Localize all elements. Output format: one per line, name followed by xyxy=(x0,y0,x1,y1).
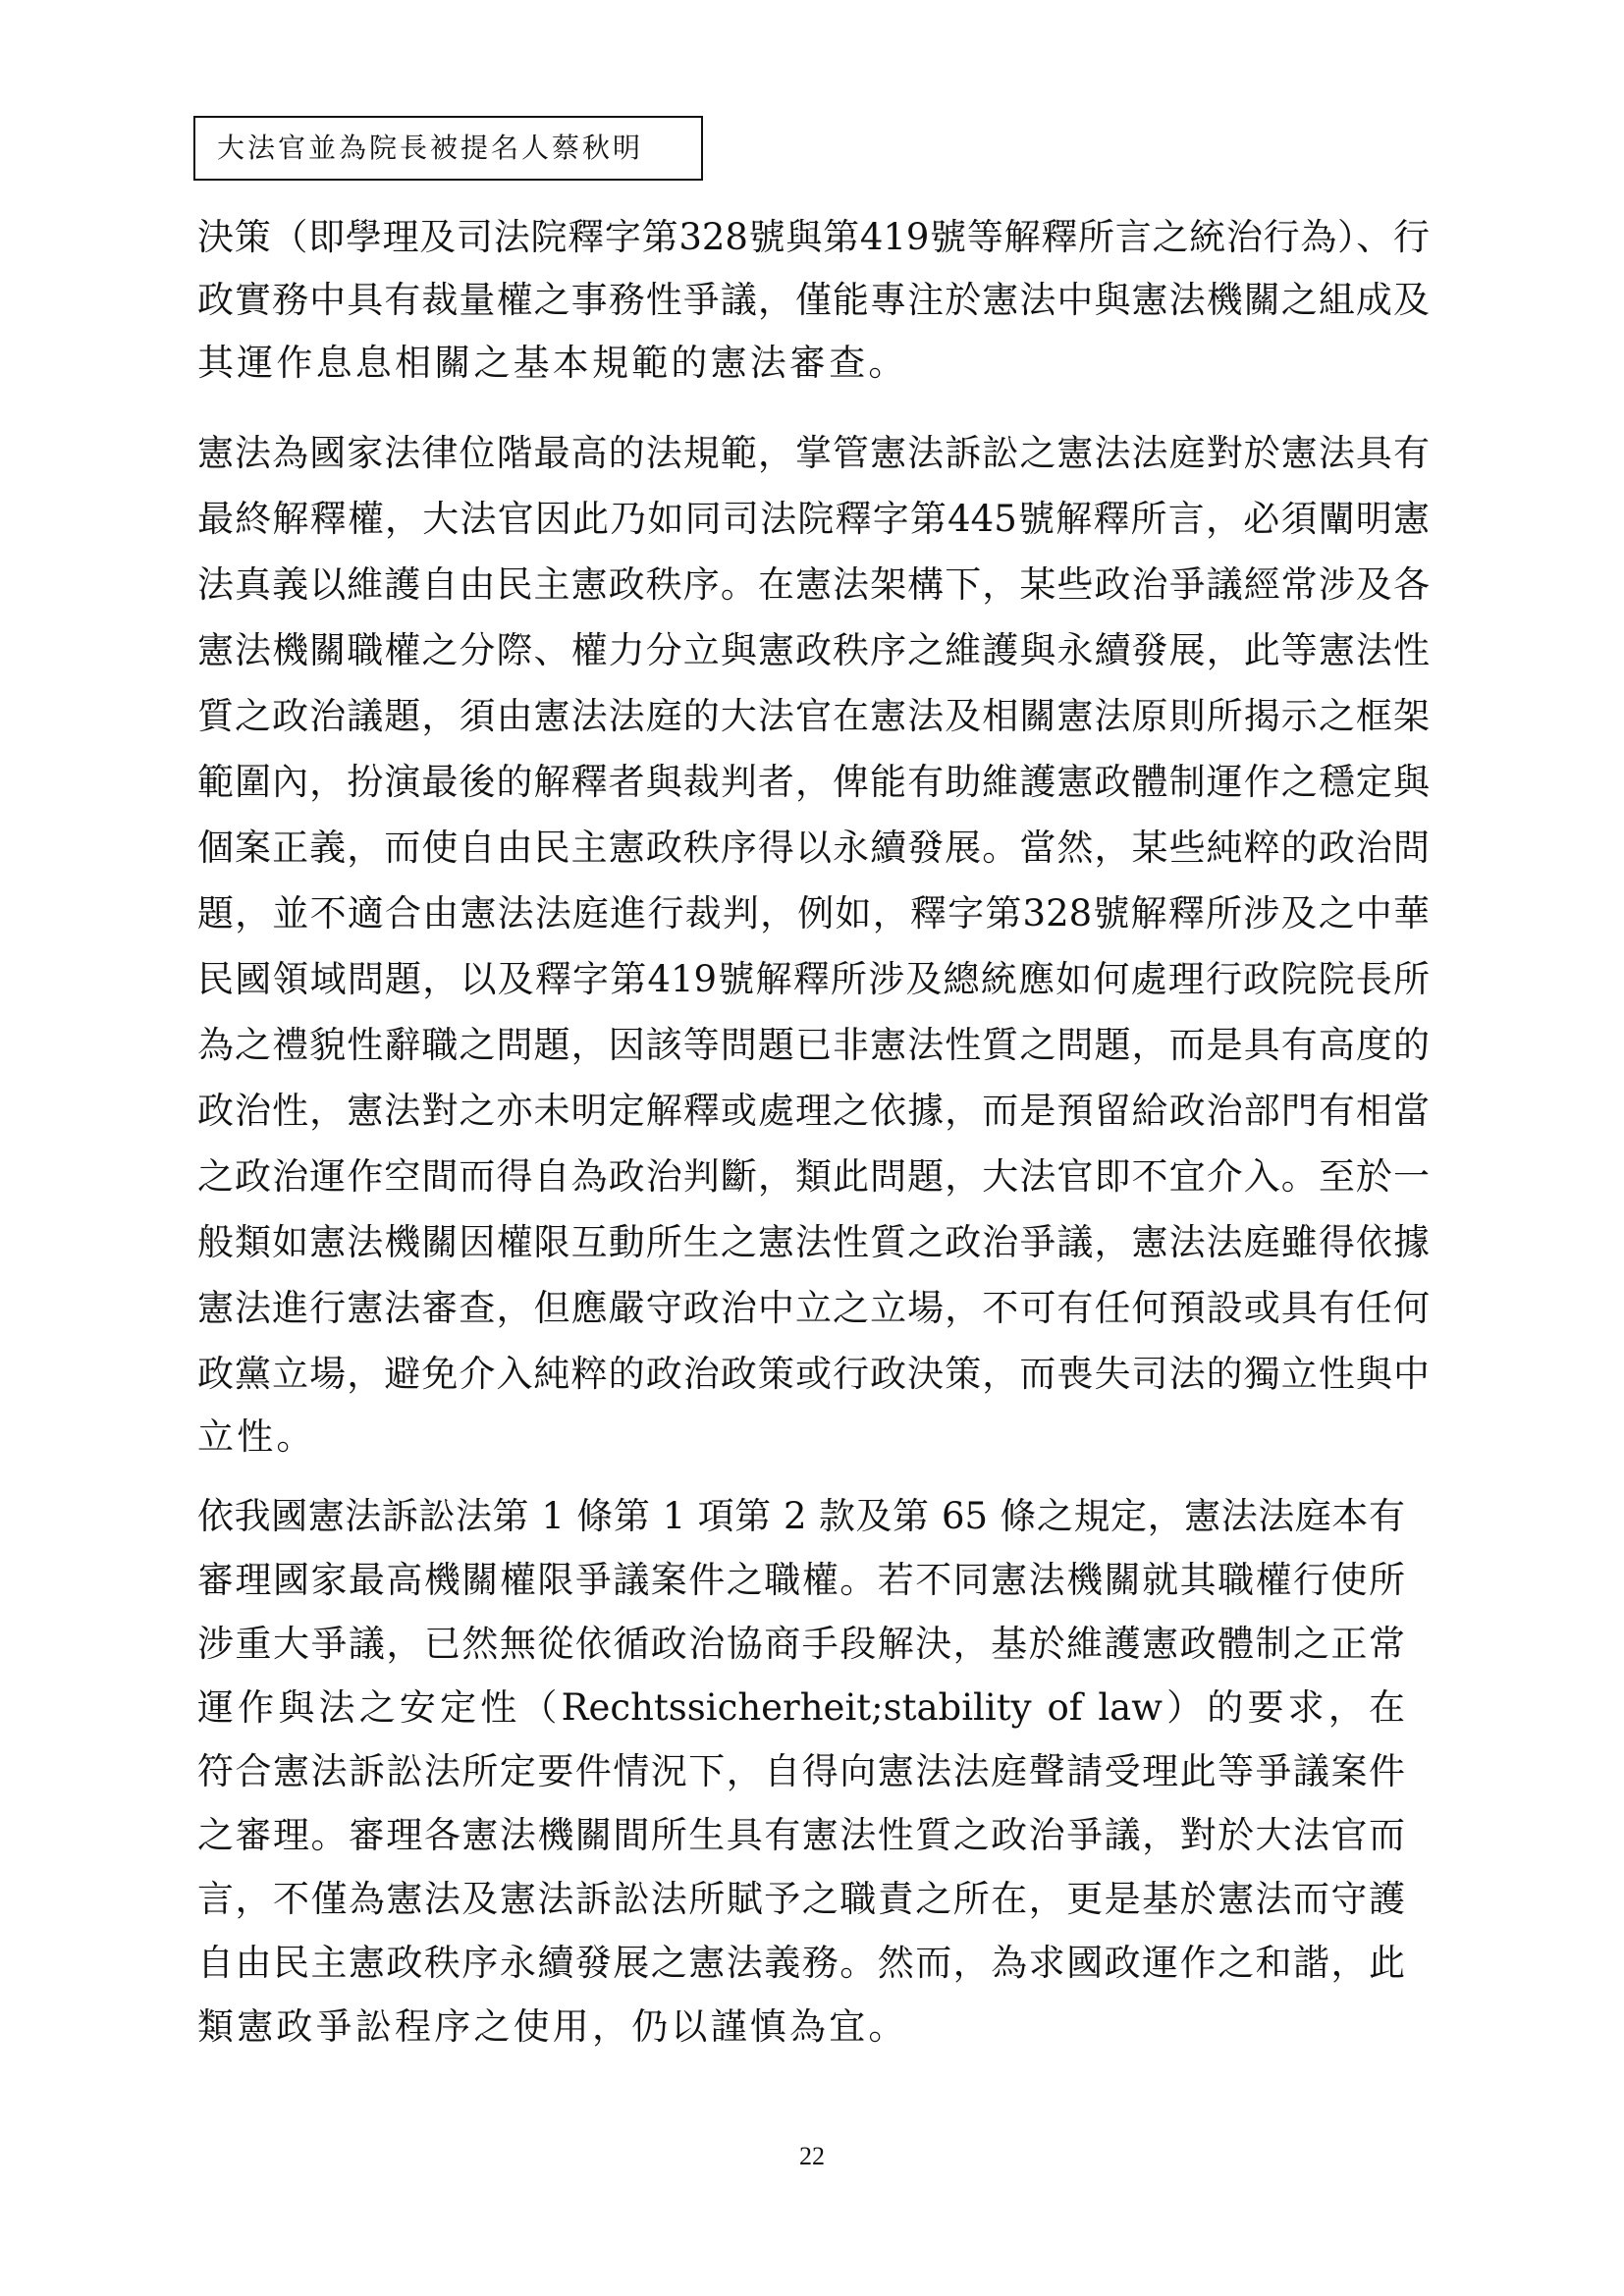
text-line: 民國領域問題，以及釋字第419號解釋所涉及總統應如何處理行政院院長所 xyxy=(197,960,1430,999)
text-line: 質之政治議題，須由憲法法庭的大法官在憲法及相關憲法原則所揭示之框架 xyxy=(197,697,1430,736)
text-line: 憲法為國家法律位階最高的法規範，掌管憲法訴訟之憲法法庭對於憲法具有 xyxy=(197,434,1430,473)
text-line: 之政治運作空間而得自為政治判斷，類此問題，大法官即不宜介入。至於一 xyxy=(197,1157,1430,1197)
text-line: 言，不僅為憲法及憲法訴訟法所賦予之職責之所在，更是基於憲法而守護 xyxy=(197,1880,1405,1919)
document-page: 大法官並為院長被提名人蔡秋明 決策（即學理及司法院釋字第328號與第419號等解… xyxy=(0,0,1624,2296)
text-line: 個案正義，而使自由民主憲政秩序得以永續發展。當然，某些純粹的政治問 xyxy=(197,828,1430,868)
text-line: 憲法機關職權之分際、權力分立與憲政秩序之維護與永續發展，此等憲法性 xyxy=(197,631,1430,670)
header-title: 大法官並為院長被提名人蔡秋明 xyxy=(217,118,643,179)
text-line: 其運作息息相關之基本規範的憲法審查。 xyxy=(197,344,1430,383)
text-line: 依我國憲法訴訟法第 1 條第 1 項第 2 款及第 65 條之規定，憲法法庭本有 xyxy=(197,1497,1405,1536)
text-line: 類憲政爭訟程序之使用，仍以謹慎為宜。 xyxy=(197,2007,1405,2047)
text-line: 範圍內，扮演最後的解釋者與裁判者，俾能有助維護憲政體制運作之穩定與 xyxy=(197,763,1430,802)
text-line: 立性。 xyxy=(197,1417,1430,1457)
text-line: 般類如憲法機關因權限互動所生之憲法性質之政治爭議，憲法法庭雖得依據 xyxy=(197,1223,1430,1262)
paragraph-3: 依我國憲法訴訟法第 1 條第 1 項第 2 款及第 65 條之規定，憲法法庭本有… xyxy=(197,1497,1405,2047)
text-line: 運作與法之安定性（Rechtssicherheit;stability of l… xyxy=(197,1688,1405,1728)
text-line: 之審理。審理各憲法機關間所生具有憲法性質之政治爭議，對於大法官而 xyxy=(197,1816,1405,1855)
text-line: 符合憲法訴訟法所定要件情況下，自得向憲法法庭聲請受理此等爭議案件 xyxy=(197,1752,1405,1791)
text-line: 題，並不適合由憲法法庭進行裁判，例如，釋字第328號解釋所涉及之中華 xyxy=(197,894,1430,934)
text-line: 政治性，憲法對之亦未明定解釋或處理之依據，而是預留給政治部門有相當 xyxy=(197,1092,1430,1131)
text-line: 最終解釋權，大法官因此乃如同司法院釋字第445號解釋所言，必須闡明憲 xyxy=(197,500,1430,539)
paragraph-2: 憲法為國家法律位階最高的法規範，掌管憲法訴訟之憲法法庭對於憲法具有 最終解釋權，… xyxy=(197,434,1430,1457)
text-line: 憲法進行憲法審查，但應嚴守政治中立之立場，不可有任何預設或具有任何 xyxy=(197,1289,1430,1328)
header-box: 大法官並為院長被提名人蔡秋明 xyxy=(193,116,703,181)
page-number: 22 xyxy=(0,2142,1624,2171)
text-line: 決策（即學理及司法院釋字第328號與第419號等解釋所言之統治行為）、行 xyxy=(197,218,1430,257)
text-line: 審理國家最高機關權限爭議案件之職權。若不同憲法機關就其職權行使所 xyxy=(197,1561,1405,1600)
text-line: 為之禮貌性辭職之問題，因該等問題已非憲法性質之問題，而是具有高度的 xyxy=(197,1026,1430,1065)
text-line: 政黨立場，避免介入純粹的政治政策或行政決策，而喪失司法的獨立性與中 xyxy=(197,1355,1430,1394)
text-line: 政實務中具有裁量權之事務性爭議，僅能專注於憲法中與憲法機關之組成及 xyxy=(197,281,1430,320)
paragraph-1: 決策（即學理及司法院釋字第328號與第419號等解釋所言之統治行為）、行 政實務… xyxy=(197,218,1430,383)
text-line: 法真義以維護自由民主憲政秩序。在憲法架構下，某些政治爭議經常涉及各 xyxy=(197,565,1430,605)
text-line: 自由民主憲政秩序永續發展之憲法義務。然而，為求國政運作之和諧，此 xyxy=(197,1944,1405,1983)
text-line: 涉重大爭議，已然無從依循政治協商手段解決，基於維護憲政體制之正常 xyxy=(197,1625,1405,1664)
